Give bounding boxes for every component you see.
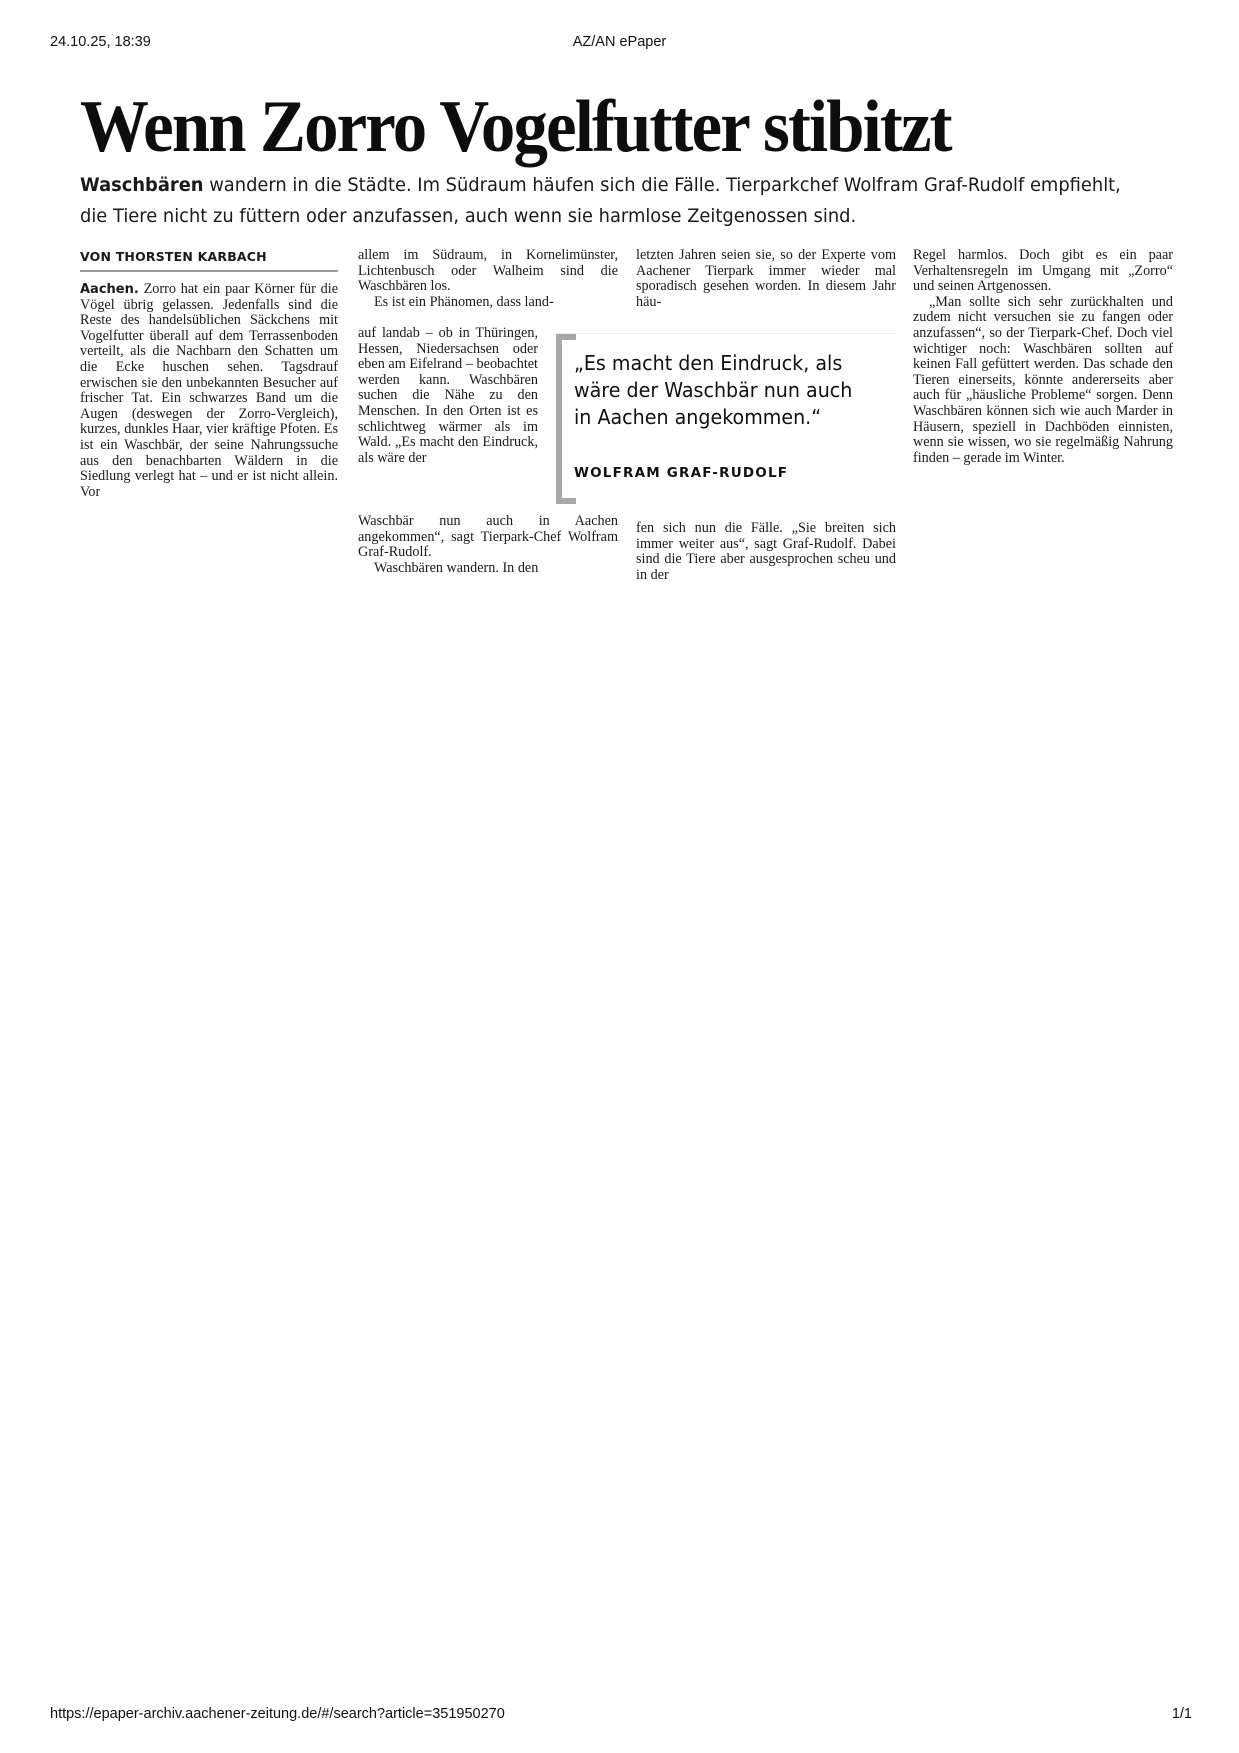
print-page-number: 1/1 — [1172, 1706, 1192, 1722]
print-url: https://epaper-archiv.aachener-zeitung.d… — [50, 1706, 505, 1722]
column-2-para-2-start: Es ist ein Phänomen, dass land- — [358, 295, 618, 311]
column-2-para-2-end: Waschbär nun auch in Aachen angekommen“,… — [358, 514, 618, 561]
pull-quote-text: „Es macht den Eindruck, als wäre der Was… — [574, 350, 872, 431]
byline: VON THORSTEN KARBACH — [80, 249, 338, 272]
print-title: AZ/AN ePaper — [0, 34, 1239, 50]
article-subhead: Waschbären wandern in die Städte. Im Süd… — [80, 170, 1133, 232]
column-2-bottom: Waschbär nun auch in Aachen angekommen“,… — [358, 514, 618, 576]
column-1-text: Zorro hat ein paar Körner für die Vögel … — [80, 281, 338, 500]
pull-quote: „Es macht den Eindruck, als wäre der Was… — [556, 333, 896, 506]
column-4: Regel harmlos. Doch gibt es ein paar Ver… — [913, 248, 1173, 466]
column-2-para-2: auf landab – ob in Thüringen, Hessen, Ni… — [358, 326, 538, 466]
column-3-bottom: fen sich nun die Fälle. „Sie breiten sic… — [636, 521, 896, 583]
quote-bracket-icon — [556, 334, 576, 504]
column-2-para-3: Waschbären wandern. In den — [358, 561, 618, 577]
column-3-para-1: letzten Jahren seien sie, so der Experte… — [636, 248, 896, 310]
column-1: Aachen. Zorro hat ein paar Körner für di… — [80, 282, 338, 500]
column-4-para-1: Regel harmlos. Doch gibt es ein paar Ver… — [913, 248, 1173, 295]
column-3-para-1-end: fen sich nun die Fälle. „Sie breiten sic… — [636, 521, 896, 583]
column-2-para-1: allem im Südraum, in Kornelimünster, Lic… — [358, 248, 618, 295]
subhead-text: wandern in die Städte. Im Südraum häufen… — [80, 174, 1121, 227]
column-4-para-2: „Man sollte sich sehr zurückhalten und z… — [913, 295, 1173, 467]
column-2-top: allem im Südraum, in Kornelimünster, Lic… — [358, 248, 618, 310]
dateline: Aachen. — [80, 282, 139, 297]
subhead-lead: Waschbären — [80, 174, 204, 196]
column-3-top: letzten Jahren seien sie, so der Experte… — [636, 248, 896, 310]
article-headline: Wenn Zorro Vogelfutter stibitzt — [80, 82, 951, 172]
pull-quote-author: WOLFRAM GRAF-RUDOLF — [574, 465, 788, 481]
column-2-wrapped: auf landab – ob in Thüringen, Hessen, Ni… — [358, 326, 538, 466]
